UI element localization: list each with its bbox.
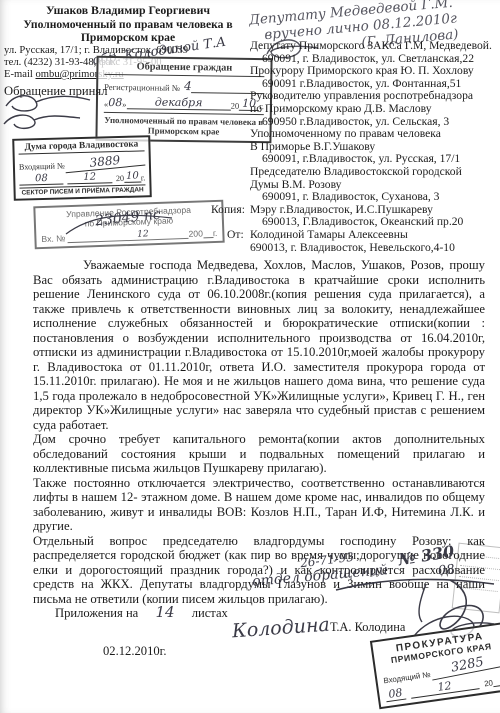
duma-stamp-footer: СЕКТОР ПИСЕМ И ПРИЁМА ГРАЖДАН (19, 184, 145, 196)
recipients-block: Депутату Приморского ЗАКСа Г.М, Медведев… (211, 40, 499, 254)
copy-label: Копия: (211, 204, 245, 217)
attachments-count-handwritten: 14 (155, 603, 174, 621)
rospotrebnadzor-year-prefix: 200 (188, 229, 203, 239)
duma-month-handwritten: 12 (67, 171, 112, 184)
prokuratura-year-blank (492, 677, 500, 687)
duma-stamp-number-row: Входящий № 3889 (19, 153, 145, 171)
body-paragraph-3: Также постоянно отключается электричеств… (33, 476, 485, 534)
registration-number-label: Регистрационный № (104, 82, 180, 93)
prokuratura-day-handwritten: 08 (385, 686, 407, 703)
duma-incoming-label: Входящий № (19, 161, 65, 171)
document-date: 02.12.2010г. (103, 644, 167, 659)
duma-year-prefix: 20 (116, 174, 124, 183)
received-signature-scribble (2, 92, 102, 134)
typed-signature: Т.А. Колодина (330, 620, 405, 635)
attachments-prefix: Приложения на (55, 606, 138, 620)
handwritten-signature: Колодина (231, 614, 330, 643)
rospotrebnadzor-scribble (60, 206, 180, 242)
registration-day-handwritten: 08 (108, 96, 122, 109)
attachments-suffix: листах (192, 606, 228, 620)
duma-year-handwritten: 10 (124, 170, 141, 182)
duma-stamp: Дума города Владивостока Входящий № 3889… (12, 135, 152, 201)
faint-stamp-fragment (452, 543, 500, 614)
duma-day-handwritten: 08 (19, 172, 64, 185)
from-label: От: (227, 229, 244, 242)
body-paragraph-1: Уважаемые господа Медведева, Хохлов, Мас… (33, 258, 485, 432)
email-label: E-mail (4, 69, 33, 80)
attachments-line: Приложения на 14 листах (55, 603, 228, 621)
scanned-letter-page: Ушаков Владимир Георгиевич Уполномоченны… (0, 0, 500, 713)
duma-stamp-date-row: 08 12 20 10 г. (19, 170, 145, 185)
sender-from-address: 690013, г. Владивосток, Невельского,4-10 (211, 242, 499, 255)
sender-name: Ушаков Владимир Георгиевич (4, 3, 252, 18)
duma-year-suffix: г. (141, 173, 146, 182)
body-paragraph-2: Дом срочно требует капитального ремонта(… (33, 432, 485, 476)
